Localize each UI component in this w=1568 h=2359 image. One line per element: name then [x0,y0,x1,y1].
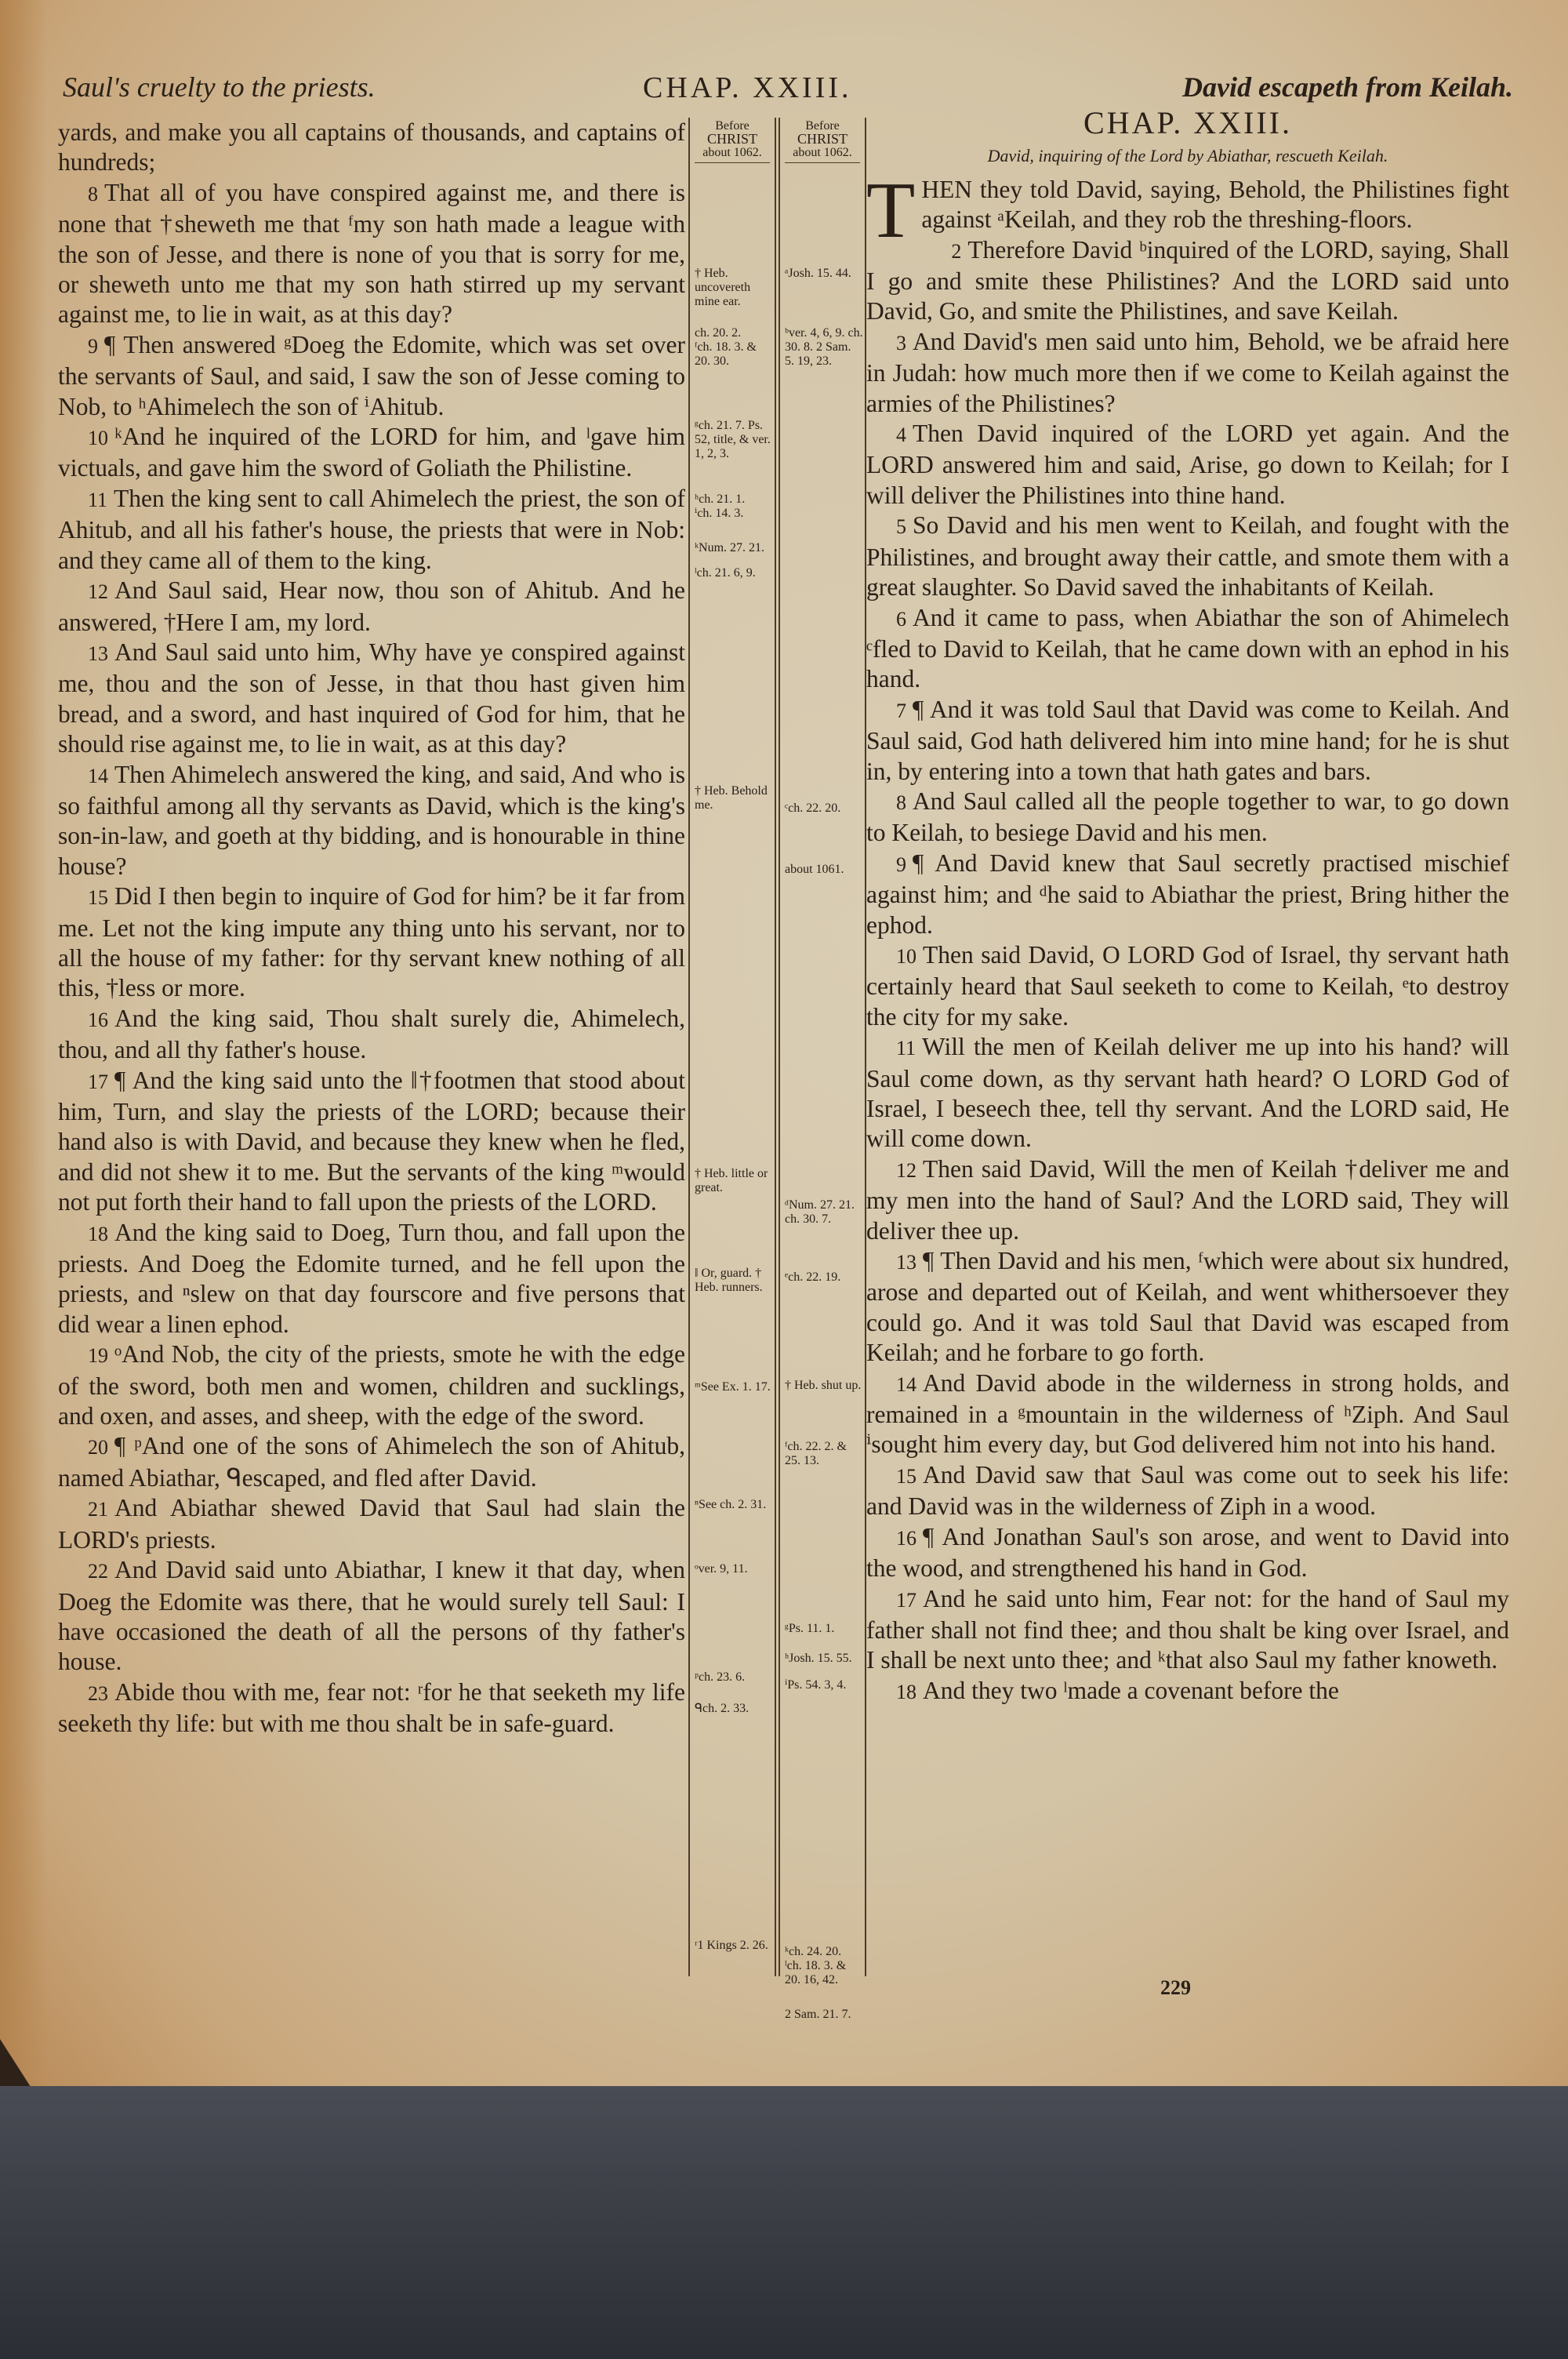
margin-note: 2 Sam. 21. 7. [785,2008,863,2022]
verse-text: ¶ And Jonathan Saul's son arose, and wen… [866,1523,1509,1582]
verse-text: And Saul said, Hear now, thou son of Ahi… [58,576,685,635]
verse-text: HEN they told David, saying, Behold, the… [921,176,1509,233]
verse-number: 22 [88,1560,108,1583]
verse: 12Then said David, Will the men of Keila… [866,1154,1509,1246]
verse: 22And David said unto Abiathar, I knew i… [58,1555,685,1677]
chapter-summary: David, inquiring of the Lord by Abiathar… [866,141,1509,171]
page-number: 229 [1160,1976,1191,2000]
verse-number: 18 [88,1223,108,1245]
verse: 13And Saul said unto him, Why have ye co… [58,638,685,760]
verse-number: 15 [896,1465,916,1488]
verse: 20¶ ᵖAnd one of the sons of Ahimelech th… [58,1431,685,1493]
verse-text: ¶ ᵖAnd one of the sons of Ahimelech the … [58,1432,685,1491]
verse: 10ᵏAnd he inquired of the LORD for him, … [58,422,685,484]
verse-text: Abide thou with me, fear not: ʳfor he th… [58,1678,685,1737]
margin-note: ⁱPs. 54. 3, 4. [785,1678,863,1692]
right-text-column: CHAP. XXIII. David, inquiring of the Lor… [866,102,1509,1707]
verse-text: Then said David, O LORD God of Israel, t… [866,941,1509,1030]
verse-text: And David said unto Abiathar, I knew it … [58,1556,685,1675]
verse: 14And David abode in the wilderness in s… [866,1369,1509,1460]
verse: 12And Saul said, Hear now, thou son of A… [58,576,685,638]
verse-text: And Saul said unto him, Why have ye cons… [58,638,685,758]
verse: 11Will the men of Keilah deliver me up i… [866,1032,1509,1154]
verse-number: 12 [896,1159,916,1182]
verse-number: 17 [896,1589,916,1612]
verse-text: ¶ Then David and his men, ᶠwhich were ab… [866,1247,1509,1366]
running-head-right: David escapeth from Keilah. [1182,71,1513,104]
table-surface [0,2086,1568,2359]
verse: 17And he said unto him, Fear not: for th… [866,1584,1509,1676]
verse-text: Will the men of Keilah deliver me up int… [866,1033,1509,1152]
verse-text: yards, and make you all captains of thou… [58,118,685,176]
margin-notes-left: Before CHRIST about 1062. † Heb. uncover… [688,118,776,1976]
verse-number: 16 [88,1009,108,1031]
verse: 16And the king said, Thou shalt surely d… [58,1004,685,1066]
margin-note: about 1061. [785,863,863,877]
verse: 11Then the king sent to call Ahimelech t… [58,484,685,576]
margin-header-date: about 1062. [695,146,770,159]
verse-number: 14 [896,1373,916,1396]
verse: 7¶ And it was told Saul that David was c… [866,695,1509,787]
verse: 10Then said David, O LORD God of Israel,… [866,940,1509,1032]
verse-text: And David saw that Saul was come out to … [866,1461,1509,1520]
verse-text: That all of you have conspired against m… [58,179,685,329]
margin-note: ᵃJosh. 15. 44. [785,267,863,281]
verse-text: ¶ Then answered ᵍDoeg the Edomite, which… [58,331,685,420]
margin-header-date: about 1062. [785,146,860,159]
margin-note: ᵖch. 23. 6. [695,1670,773,1685]
verse: 8And Saul called all the people together… [866,787,1509,849]
verse-text: And he said unto him, Fear not: for the … [866,1585,1509,1674]
verse-text: And it came to pass, when Abiathar the s… [866,604,1509,693]
verse-text: And Abiathar shewed David that Saul had … [58,1494,685,1553]
margin-note: ʳ1 Kings 2. 26. [695,1939,773,1953]
verse-number: 2 [951,240,961,263]
verse: 4Then David inquired of the LORD yet aga… [866,419,1509,511]
verse-text: ¶ And it was told Saul that David was co… [866,696,1509,785]
margin-note: ᵒver. 9, 11. [695,1562,773,1576]
margin-note: ‖ Or, guard. † Heb. runners. [695,1267,773,1295]
margin-notes-right: Before CHRIST about 1062. ᵃJosh. 15. 44.… [779,118,866,1976]
margin-note: ᵇver. 4, 6, 9. ch. 30. 8. 2 Sam. 5. 19, … [785,326,863,369]
verse-text: ¶ And David knew that Saul secretly prac… [866,849,1509,939]
verse-number: 9 [896,853,906,876]
verse-text: Then Ahimelech answered the king, and sa… [58,761,685,880]
margin-note: ᶠch. 18. 3. & 20. 30. [695,340,773,369]
verse-number: 9 [88,335,98,358]
verse-text: Then said David, Will the men of Keilah … [866,1155,1509,1245]
chapter-title: CHAP. XXIII. [866,108,1509,138]
verse-number: 16 [896,1527,916,1550]
running-head-left: Saul's cruelty to the priests. [63,71,376,104]
verse-number: 8 [896,791,906,814]
verse: 18And the king said to Doeg, Turn thou, … [58,1218,685,1340]
verse-number: 14 [88,765,108,787]
verse-text: ¶ And the king said unto the ‖†footmen t… [58,1067,685,1216]
verse: 21And Abiathar shewed David that Saul ha… [58,1493,685,1555]
verse-text: ᵒAnd Nob, the city of the priests, smote… [58,1340,685,1430]
margin-note: ʰJosh. 15. 55. [785,1652,863,1666]
verse: 6And it came to pass, when Abiathar the … [866,603,1509,695]
verse-text: And David's men said unto him, Behold, w… [866,328,1509,417]
margin-note: † Heb. little or great. [695,1167,773,1195]
verse-number: 6 [896,608,906,631]
margin-note: ⁱch. 14. 3. [695,507,773,521]
verse-text: And the king said to Doeg, Turn thou, an… [58,1219,685,1338]
verse-number: 8 [88,183,98,205]
bible-page: Saul's cruelty to the priests. CHAP. XXI… [0,0,1568,2088]
verse: 9¶ And David knew that Saul secretly pra… [866,849,1509,940]
verse: 17¶ And the king said unto the ‖†footmen… [58,1066,685,1218]
verse-number: 15 [88,886,108,909]
verse-text: And David abode in the wilderness in str… [866,1369,1509,1459]
verse-text: And they two ˡmade a covenant before the [923,1677,1339,1704]
margin-note: ʰch. 21. 1. [695,493,773,507]
margin-note: ᵐSee Ex. 1. 17. [695,1380,773,1394]
verse-number: 11 [88,489,107,511]
verse-number: 20 [88,1436,108,1459]
margin-note: ᑫch. 2. 33. [695,1702,773,1716]
margin-note: ᵏch. 24. 20. [785,1945,863,1959]
verse: 2Therefore David ᵇinquired of the LORD, … [866,235,1509,327]
verse: 15And David saw that Saul was come out t… [866,1460,1509,1522]
verse: 19ᵒAnd Nob, the city of the priests, smo… [58,1339,685,1431]
verse: 16¶ And Jonathan Saul's son arose, and w… [866,1522,1509,1584]
verse-text: So David and his men went to Keilah, and… [866,511,1509,601]
verse-number: 21 [88,1498,108,1521]
verse: 9¶ Then answered ᵍDoeg the Edomite, whic… [58,330,685,422]
margin-note: ch. 20. 2. [695,326,773,340]
margin-note: ᶜch. 22. 20. [785,801,863,816]
verse-text: Therefore David ᵇinquired of the LORD, s… [866,236,1509,325]
verse-text: Did I then begin to inquire of God for h… [58,882,685,1001]
verse-number: 23 [88,1682,108,1705]
margin-note: ˡch. 18. 3. & 20. 16, 42. [785,1959,863,1987]
verse-number: 11 [896,1037,916,1060]
verse: 15Did I then begin to inquire of God for… [58,881,685,1004]
drop-cap: T [866,178,915,244]
verse-text: ᵏAnd he inquired of the LORD for him, an… [58,423,685,482]
verse-text: Then David inquired of the LORD yet agai… [866,420,1509,509]
margin-note: ᵍPs. 11. 1. [785,1622,863,1636]
left-text-column: yards, and make you all captains of thou… [58,118,685,1739]
margin-note: † Heb. shut up. [785,1379,863,1393]
verse-number: 19 [88,1344,108,1367]
verse: 5So David and his men went to Keilah, an… [866,511,1509,602]
verse-number: 4 [896,423,906,446]
verse: 3And David's men said unto him, Behold, … [866,327,1509,419]
verse: yards, and make you all captains of thou… [58,118,685,178]
margin-header-christ: CHRIST [785,133,860,146]
verse: 13¶ Then David and his men, ᶠwhich were … [866,1246,1509,1369]
verse: HEN they told David, saying, Behold, the… [866,175,1509,235]
verse-number: 13 [896,1251,916,1274]
verse-number: 7 [896,700,906,722]
margin-header-christ: CHRIST [695,133,770,146]
verse: 14Then Ahimelech answered the king, and … [58,760,685,882]
verse-number: 12 [88,580,108,603]
verse: 8That all of you have conspired against … [58,178,685,330]
margin-note: ᵈNum. 27. 21. ch. 30. 7. [785,1198,863,1227]
margin-note: † Heb. Behold me. [695,784,773,812]
verse-number: 13 [88,642,108,665]
verse-number: 5 [896,515,906,538]
margin-note: ᵏNum. 27. 21. [695,541,773,555]
margin-note: ⁿSee ch. 2. 31. [695,1498,773,1512]
margin-header: Before CHRIST about 1062. [695,118,770,163]
verse-number: 17 [88,1070,108,1093]
verse-number: 3 [896,332,906,354]
margin-note: ᶠch. 22. 2. & 25. 13. [785,1440,863,1468]
verse-text: And Saul called all the people together … [866,787,1509,846]
right-verses: T HEN they told David, saying, Behold, t… [866,175,1509,1707]
running-head-chapter: CHAP. XXIII. [643,71,852,105]
verse-number: 10 [896,945,916,968]
margin-note: ᵉch. 22. 19. [785,1270,863,1285]
verse-text: Then the king sent to call Ahimelech the… [58,485,685,574]
verse-text: And the king said, Thou shalt surely die… [58,1005,685,1063]
margin-note: ᵍch. 21. 7. Ps. 52, title, & ver. 1, 2, … [695,419,773,461]
margin-note: † Heb. uncovereth mine ear. [695,267,773,309]
verse: 23Abide thou with me, fear not: ʳfor he … [58,1677,685,1739]
margin-note: ˡch. 21. 6, 9. [695,566,773,580]
verse-number: 10 [88,427,108,449]
verse-number: 18 [896,1681,916,1703]
margin-header: Before CHRIST about 1062. [785,118,860,163]
verse: 18And they two ˡmade a covenant before t… [866,1676,1509,1707]
